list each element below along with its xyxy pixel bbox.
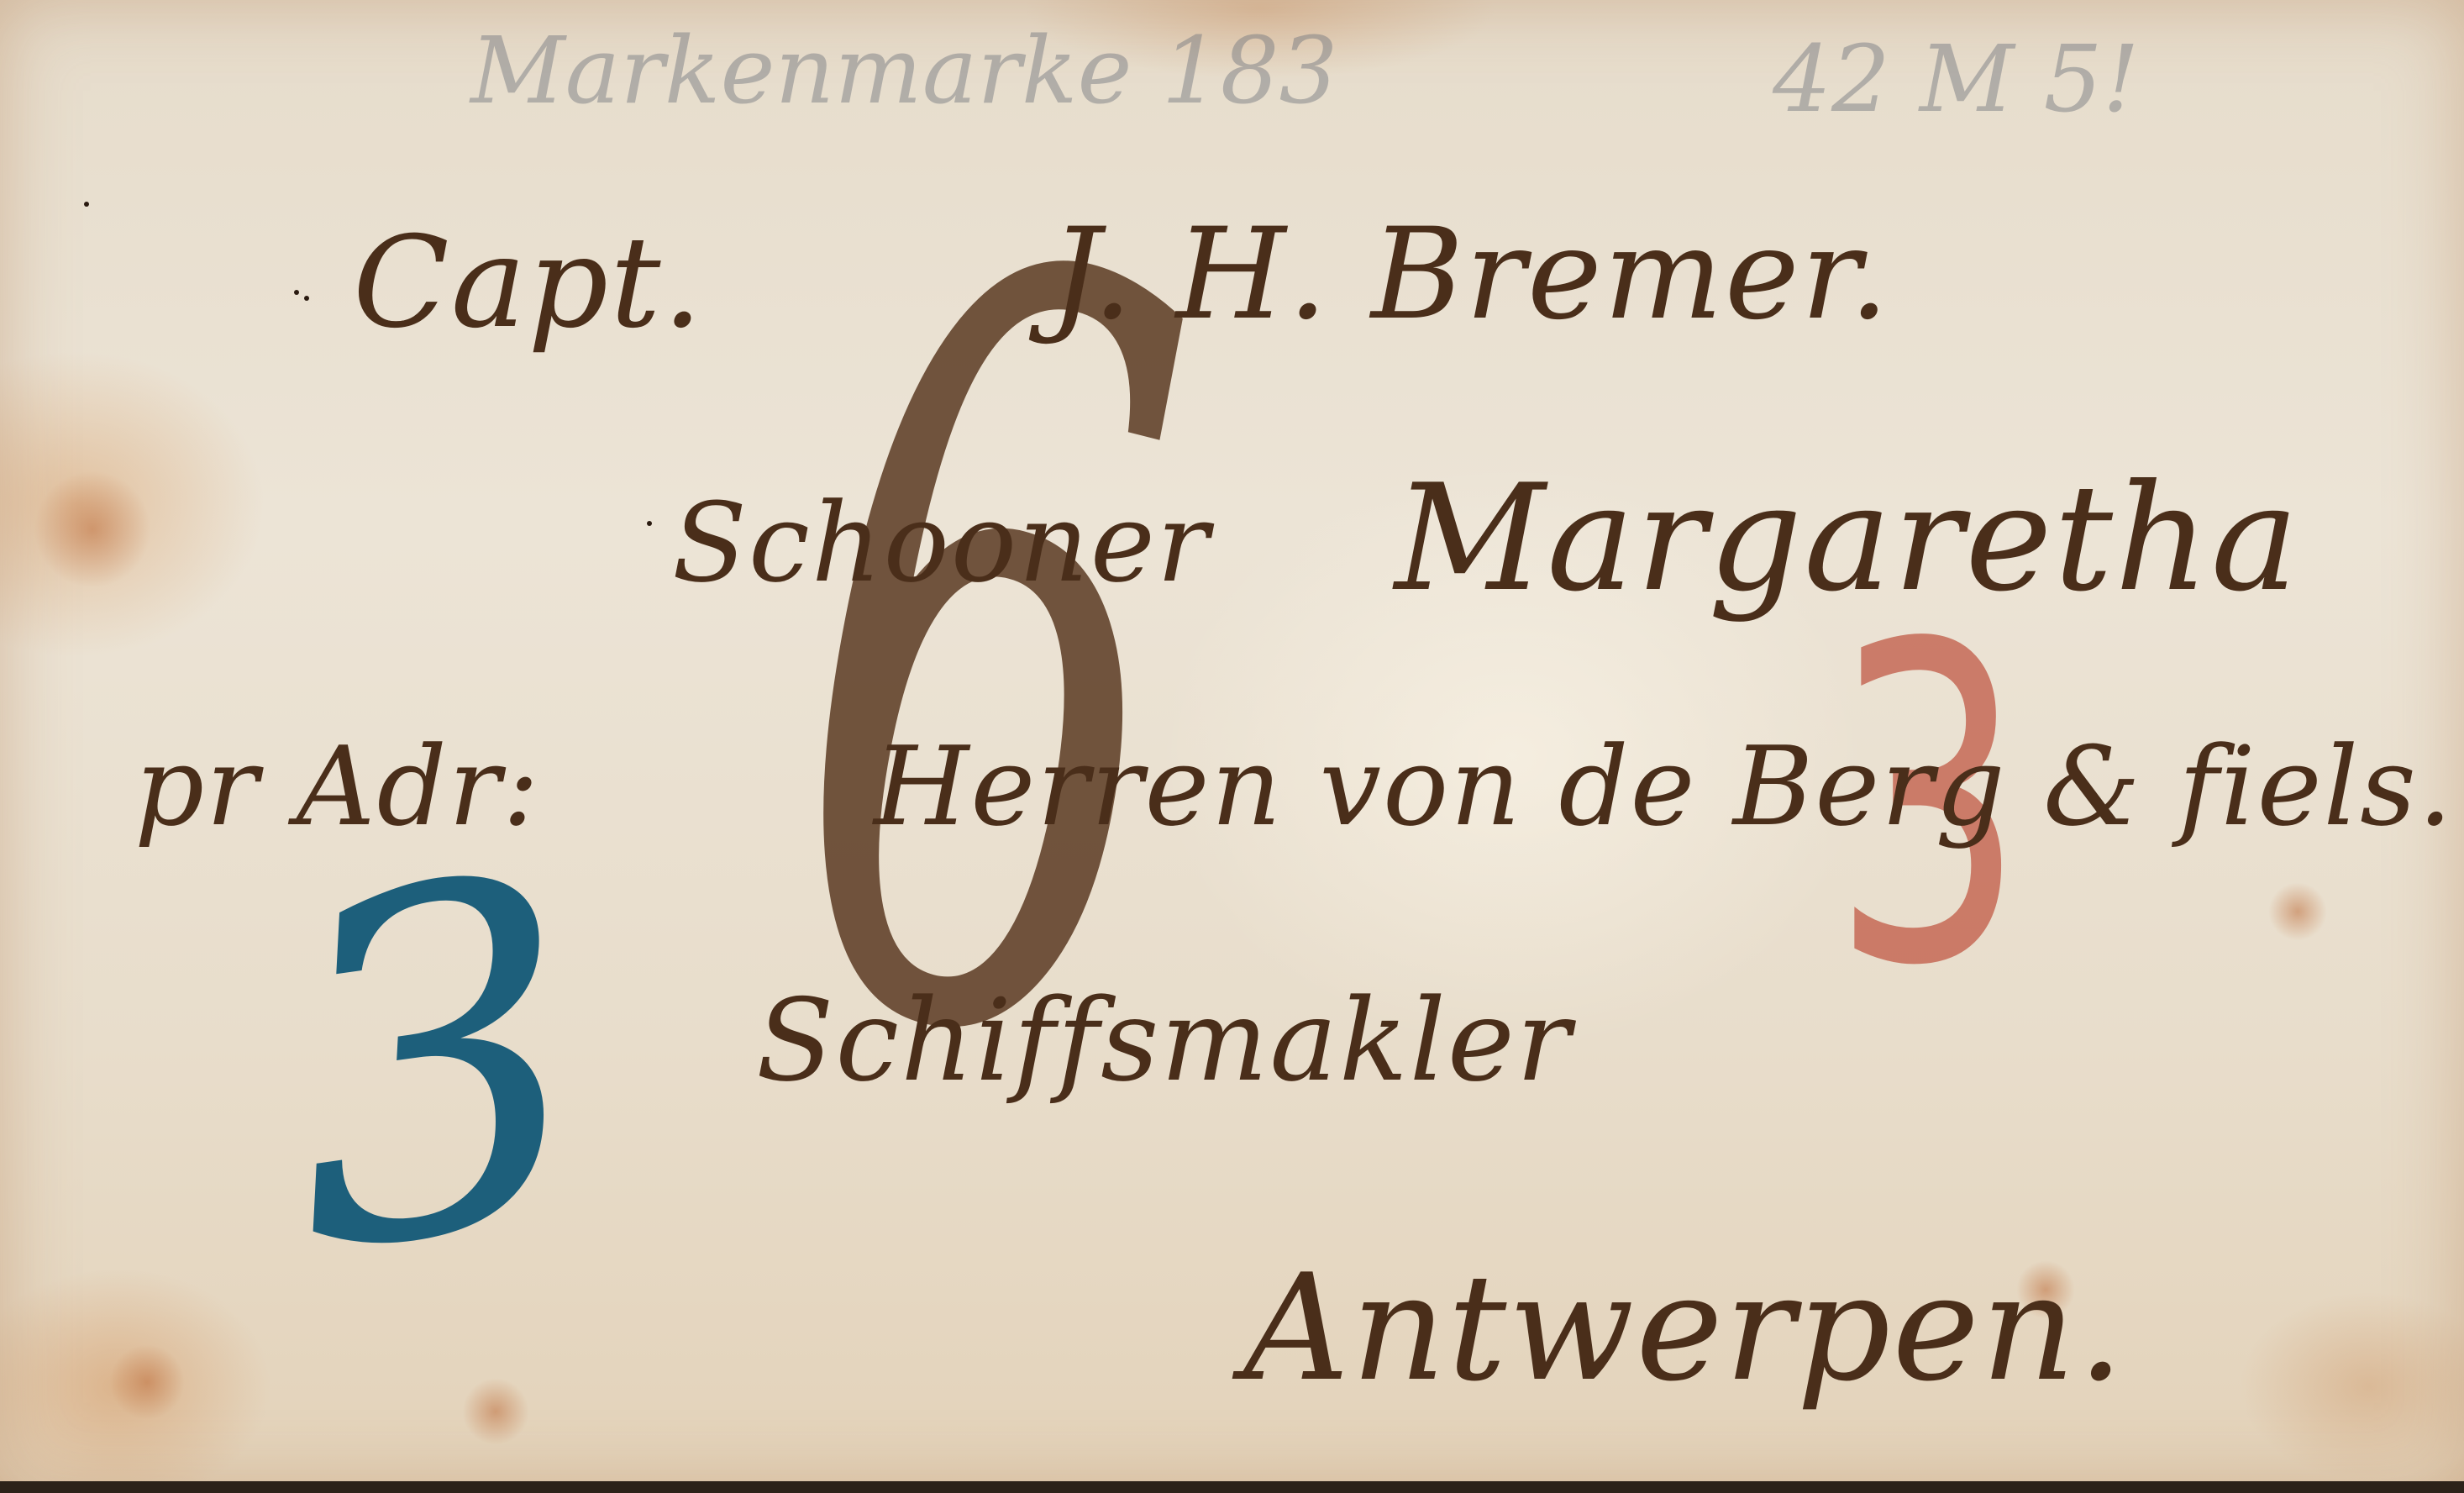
care-of-firm: Herren von de Berg & fiels. — [874, 723, 2454, 850]
envelope-bottom-edge — [0, 1481, 2464, 1493]
destination-city: Antwerpen. — [1243, 1243, 2125, 1414]
ink-speck — [84, 202, 89, 207]
pencil-note-top-right: 42 M 5! — [1773, 25, 2140, 133]
foxing-stain — [109, 1344, 185, 1420]
foxing-stain — [462, 1378, 529, 1445]
blue-crayon-three: 3 — [255, 813, 617, 1321]
ink-speck — [647, 521, 652, 526]
ink-speck — [304, 296, 309, 301]
foxing-stain — [34, 471, 151, 588]
care-of-prefix: pr Adr: — [134, 723, 541, 850]
ship-name: Margaretha — [1395, 454, 2300, 624]
foxing-stain — [2268, 882, 2327, 941]
occupation-line: Schiffsmakler — [756, 975, 1572, 1107]
ship-type: Schooner — [672, 479, 1211, 607]
envelope-scan: Markenmarke 183 42 M 5! 6 3 3 Capt. J. H… — [0, 0, 2464, 1493]
address-title: Capt. — [353, 210, 704, 356]
addressee-name: J. H. Bremer. — [1050, 202, 1891, 348]
ink-speck — [294, 290, 299, 295]
